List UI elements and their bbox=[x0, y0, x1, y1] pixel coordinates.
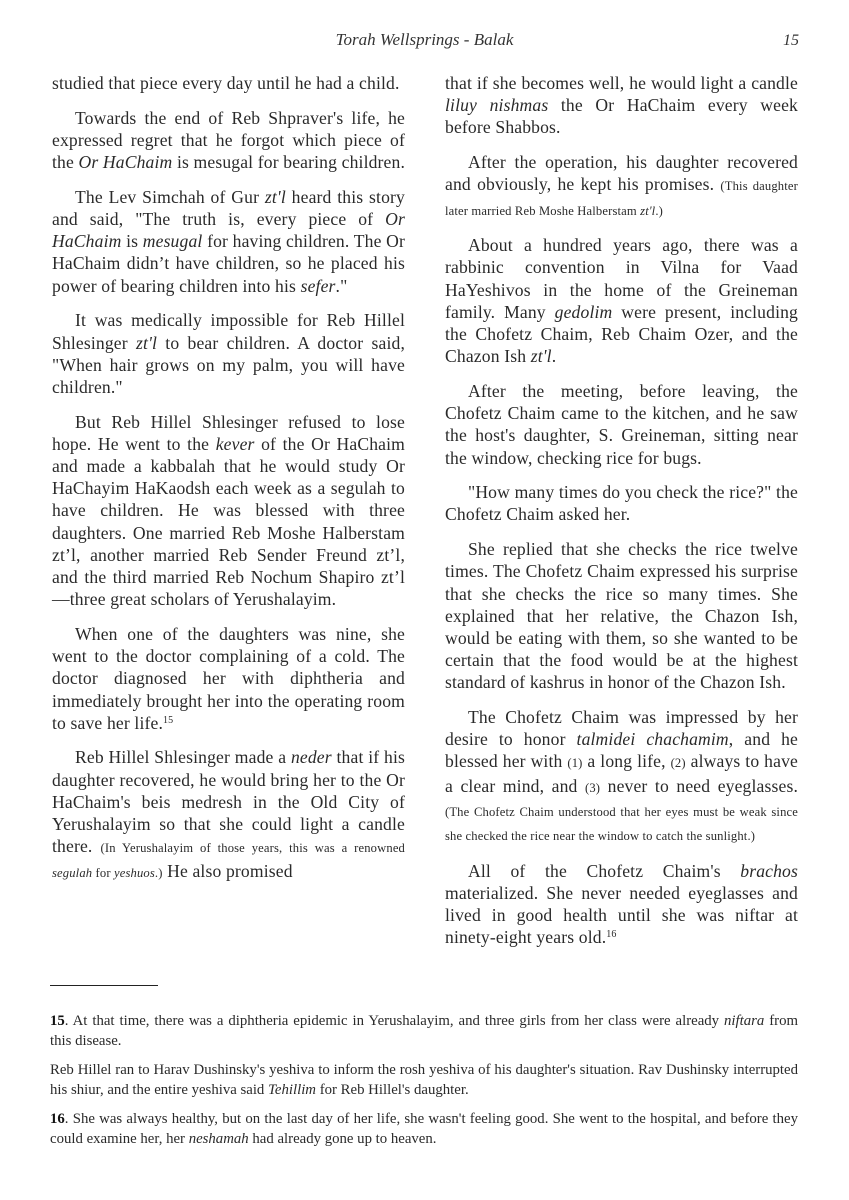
text-run: neshamah bbox=[189, 1131, 249, 1147]
text-run: (The Chofetz Chaim understood that her e… bbox=[445, 805, 798, 843]
paragraph: All of the Chofetz Chaim's brachos mater… bbox=[445, 860, 798, 949]
text-run: studied that piece every day until he ha… bbox=[52, 73, 400, 93]
text-run: is bbox=[121, 231, 142, 251]
paragraph: It was medically impossible for Reb Hill… bbox=[52, 309, 405, 398]
paragraph: The Chofetz Chaim was impressed by her d… bbox=[445, 706, 798, 847]
paragraph: that if she becomes well, he would light… bbox=[445, 72, 798, 139]
text-run: Reb Hillel Shlesinger made a bbox=[75, 747, 291, 767]
footnote-ref: 16 bbox=[606, 929, 616, 940]
text-run: . At that time, there was a diphtheria e… bbox=[65, 1013, 724, 1029]
text-run: Or HaChaim bbox=[79, 152, 173, 172]
text-run: that if she becomes well, he would light… bbox=[445, 73, 798, 93]
text-run: (1) bbox=[567, 756, 582, 770]
paragraph: After the operation, his daughter recove… bbox=[445, 151, 798, 222]
running-title: Torah Wellsprings - Balak bbox=[0, 30, 849, 50]
paragraph: Reb Hillel Shlesinger made a neder that … bbox=[52, 746, 405, 883]
page-header: Torah Wellsprings - Balak 15 bbox=[0, 30, 849, 60]
text-run: (2) bbox=[671, 756, 686, 770]
footnote: Reb Hillel ran to Harav Dushinsky's yesh… bbox=[50, 1061, 798, 1100]
footnote-ref: 15 bbox=[163, 715, 173, 726]
text-run: The Lev Simchah of Gur bbox=[75, 187, 265, 207]
text-run: brachos bbox=[740, 861, 798, 881]
text-run: of the Or HaChaim and made a kabbalah th… bbox=[52, 434, 405, 609]
text-run: . bbox=[552, 346, 557, 366]
text-run: liluy nishmas bbox=[445, 95, 548, 115]
text-run: She replied that she checks the rice twe… bbox=[445, 539, 798, 692]
text-run: Tehillim bbox=[268, 1082, 316, 1098]
text-run: "How many times do you check the rice?" … bbox=[445, 482, 798, 524]
paragraph: The Lev Simchah of Gur zt'l heard this s… bbox=[52, 186, 405, 297]
paragraph: She replied that she checks the rice twe… bbox=[445, 538, 798, 693]
text-run: zt'l bbox=[136, 333, 157, 353]
text-run: for Reb Hillel's daughter. bbox=[316, 1082, 469, 1098]
footnote: 15. At that time, there was a diphtheria… bbox=[50, 1012, 798, 1051]
paragraph: When one of the daughters was nine, she … bbox=[52, 623, 405, 734]
text-run: gedolim bbox=[555, 302, 613, 322]
text-run: yeshuos bbox=[114, 866, 155, 880]
text-run: neder bbox=[291, 747, 332, 767]
paragraph: But Reb Hillel Shlesinger refused to los… bbox=[52, 411, 405, 611]
footnotes: 15. At that time, there was a diphtheria… bbox=[50, 1012, 798, 1160]
left-column: studied that piece every day until he ha… bbox=[52, 72, 405, 896]
text-run: After the meeting, before leaving, the C… bbox=[445, 381, 798, 468]
text-run: niftara bbox=[724, 1013, 764, 1029]
text-run: sefer bbox=[301, 276, 336, 296]
text-run: .) bbox=[655, 204, 663, 218]
text-run: kever bbox=[216, 434, 255, 454]
text-run: zt'l bbox=[531, 346, 552, 366]
text-run: He also promised bbox=[163, 861, 293, 881]
text-run: ." bbox=[336, 276, 348, 296]
text-run: never to need eyeglasses. bbox=[600, 776, 798, 796]
text-run: .) bbox=[155, 866, 163, 880]
text-run: talmidei chachamim bbox=[577, 729, 729, 749]
footnote-divider bbox=[50, 985, 158, 986]
paragraph: Towards the end of Reb Shpraver's life, … bbox=[52, 107, 405, 174]
paragraph: "How many times do you check the rice?" … bbox=[445, 481, 798, 525]
text-run: segulah bbox=[52, 866, 92, 880]
text-run: When one of the daughters was nine, she … bbox=[52, 624, 405, 733]
text-run: (3) bbox=[585, 781, 600, 795]
page-number: 15 bbox=[783, 32, 799, 50]
paragraph: About a hundred years ago, there was a r… bbox=[445, 234, 798, 367]
text-run: mesugal bbox=[143, 231, 203, 251]
text-run: All of the Chofetz Chaim's bbox=[468, 861, 740, 881]
text-run: a long life, bbox=[583, 751, 671, 771]
text-run: materialized. She never needed eyeglasse… bbox=[445, 883, 798, 947]
paragraph: After the meeting, before leaving, the C… bbox=[445, 380, 798, 469]
text-run: (In Yerushalayim of those years, this wa… bbox=[101, 841, 405, 855]
footnote-number: 16 bbox=[50, 1111, 65, 1127]
text-run: zt'l bbox=[640, 204, 655, 218]
text-run: zt'l bbox=[265, 187, 286, 207]
footnote-number: 15 bbox=[50, 1013, 65, 1029]
footnote: 16. She was always healthy, but on the l… bbox=[50, 1110, 798, 1149]
text-run: had already gone up to heaven. bbox=[249, 1131, 437, 1147]
text-run: for bbox=[92, 866, 114, 880]
paragraph: studied that piece every day until he ha… bbox=[52, 72, 405, 94]
text-run: is mesugal for bearing children. bbox=[172, 152, 405, 172]
right-column: that if she becomes well, he would light… bbox=[445, 72, 798, 961]
